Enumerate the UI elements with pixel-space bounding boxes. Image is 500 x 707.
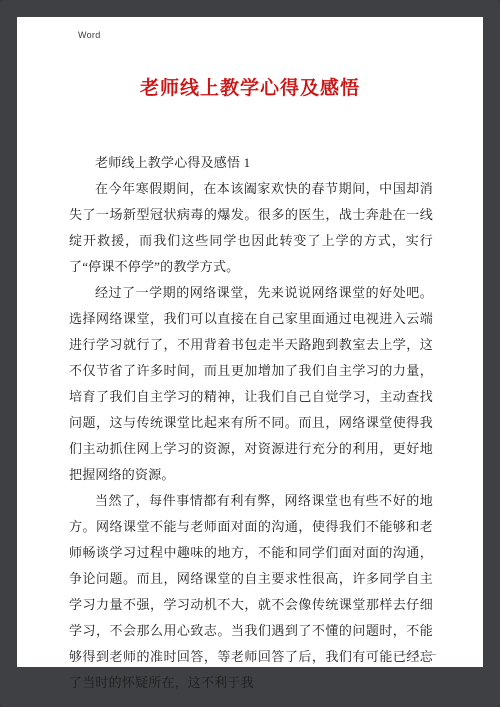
section-heading: 老师线上教学心得及感悟 1 <box>69 150 433 176</box>
document-title: 老师线上教学心得及感悟 <box>17 73 483 100</box>
document-page: Word 老师线上教学心得及感悟 老师线上教学心得及感悟 1 在今年寒假期间，在… <box>17 17 483 667</box>
paragraph-list: 在今年寒假期间，在本该阖家欢快的春节期间，中国却消失了一场新型冠状病毒的爆发。很… <box>69 176 433 696</box>
document-body: 老师线上教学心得及感悟 1 在今年寒假期间，在本该阖家欢快的春节期间，中国却消失… <box>69 150 433 696</box>
page-number: — 1 — <box>399 648 437 660</box>
app-label: Word <box>78 30 101 40</box>
paragraph: 经过了一学期的网络课堂，先来说说网络课堂的好处吧。选择网络课堂，我们可以直接在自… <box>69 280 433 488</box>
paragraph: 当然了，每件事情都有利有弊，网络课堂也有些不好的地方。网络课堂不能与老师面对面的… <box>69 488 433 696</box>
paragraph: 在今年寒假期间，在本该阖家欢快的春节期间，中国却消失了一场新型冠状病毒的爆发。很… <box>69 176 433 280</box>
word-document-screenshot: { "page": { "app_label": "Word", "frame_… <box>0 0 500 707</box>
